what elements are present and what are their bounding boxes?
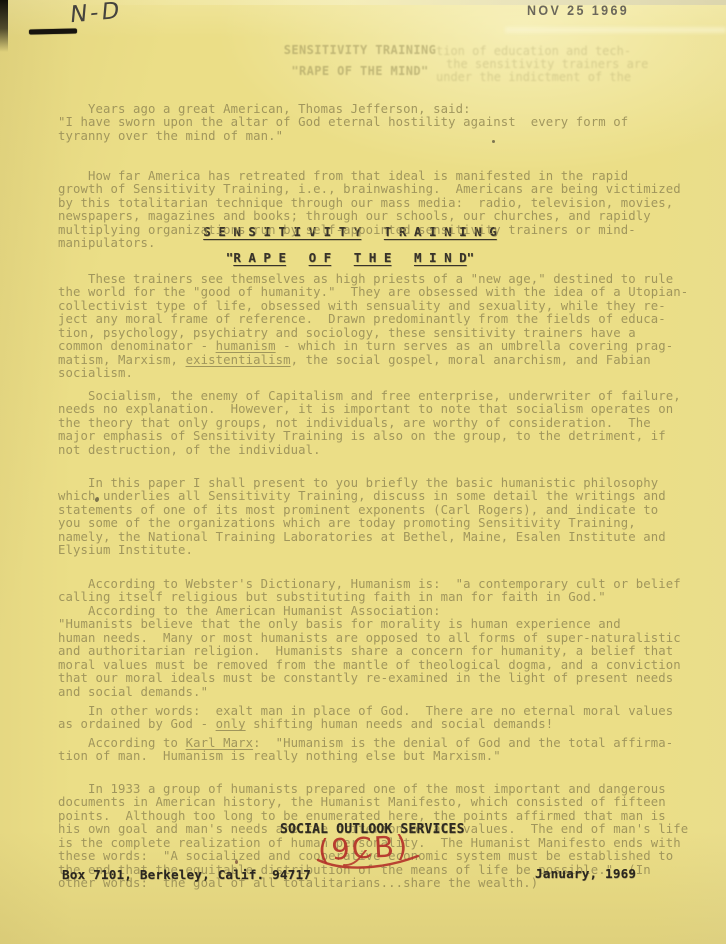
address-line: Box 7101, Berkeley, Calif. 94717	[62, 867, 311, 882]
text-line: the world for the "good of humanity." Th…	[58, 286, 708, 299]
text-line: calling itself religious but substitutin…	[58, 591, 708, 604]
text-line: "I have sworn upon the altar of God eter…	[58, 116, 708, 129]
text-line: as ordained by God - only shifting human…	[58, 718, 708, 731]
text-line: According to Karl Marx: "Humanism is the…	[58, 737, 708, 750]
paragraph: In this paper I shall present to you bri…	[58, 477, 708, 558]
text-line: needs no explanation. However, it is imp…	[58, 403, 708, 416]
text-line: growth of Sensitivity Training, i.e., br…	[58, 183, 708, 196]
red-underline-flourish	[312, 850, 424, 876]
paragraph: According to Webster's Dictionary, Human…	[58, 578, 708, 699]
paragraph: How far America has retreated from that …	[58, 170, 708, 251]
ink-speck	[235, 860, 238, 864]
text-line: tion of man. Humanism is really nothing …	[58, 750, 708, 763]
text-line: and authoritarian religion. Humanists sh…	[58, 645, 708, 658]
text-line: matism, Marxism, existentialism, the soc…	[58, 354, 708, 367]
text-line: manipulators.	[58, 237, 708, 250]
paragraph: In other words: exalt man in place of Go…	[58, 705, 708, 732]
text-line: not destruction, of the individual.	[58, 444, 708, 457]
text-line: documents in American history, the Human…	[58, 796, 708, 809]
text-line: human needs. Many or most humanists are …	[58, 632, 708, 645]
text-line: tyranny over the mind of man."	[58, 130, 708, 143]
text-line: the theory that only groups, not individ…	[58, 417, 708, 430]
paragraph: These trainers see themselves as high pr…	[58, 273, 708, 381]
text-line: In this paper I shall present to you bri…	[58, 477, 708, 490]
paragraph: Socialism, the enemy of Capitalism and f…	[58, 390, 708, 457]
text-line: moral values must be removed from the ma…	[58, 659, 708, 672]
issue-date: January, 1969	[535, 866, 636, 881]
text-line: and social demands."	[58, 686, 708, 699]
text-line: statements of one of its most prominent …	[58, 504, 708, 517]
text-line: In 1933 a group of humanists prepared on…	[58, 783, 708, 796]
text-line: In other words: exalt man in place of Go…	[58, 705, 708, 718]
scanned-document: N-D NOV 25 1969 SENSITIVITY TRAINING "RA…	[0, 0, 726, 944]
text-line: "Humanists believe that the only basis f…	[58, 618, 708, 631]
text-line: According to the American Humanist Assoc…	[58, 605, 708, 618]
ink-speck	[492, 140, 495, 143]
text-line: collectivist type of life, obsessed with…	[58, 300, 708, 313]
text-line: According to Webster's Dictionary, Human…	[58, 578, 708, 591]
text-line: by this totalitarian technique through o…	[58, 197, 708, 210]
document-body: Years ago a great American, Thomas Jeffe…	[0, 0, 726, 944]
text-line: How far America has retreated from that …	[58, 170, 708, 183]
text-line: socialism.	[58, 367, 708, 380]
text-line: Elysium Institute.	[58, 544, 708, 557]
text-line: you some of the organizations which are …	[58, 517, 708, 530]
text-line: common denominator - humanism - which in…	[58, 340, 708, 353]
text-line: major emphasis of Sensitivity Training i…	[58, 430, 708, 443]
text-line: which underlies all Sensitivity Training…	[58, 490, 708, 503]
text-line: tion, psychology, psychiatry and sociolo…	[58, 327, 708, 340]
text-line: Socialism, the enemy of Capitalism and f…	[58, 390, 708, 403]
text-line: These trainers see themselves as high pr…	[58, 273, 708, 286]
paragraph: According to Karl Marx: "Humanism is the…	[58, 737, 708, 764]
text-line: ject any moral frame of reference. Drawn…	[58, 313, 708, 326]
text-line: newspapers, magazines and books; through…	[58, 210, 708, 223]
paragraph: Years ago a great American, Thomas Jeffe…	[58, 103, 708, 143]
text-line: Years ago a great American, Thomas Jeffe…	[58, 103, 708, 116]
text-line: namely, the National Training Laboratori…	[58, 531, 708, 544]
text-line: multiplying organizations run by self-ap…	[58, 224, 708, 237]
text-line: that our moral ideals must be constantly…	[58, 672, 708, 685]
